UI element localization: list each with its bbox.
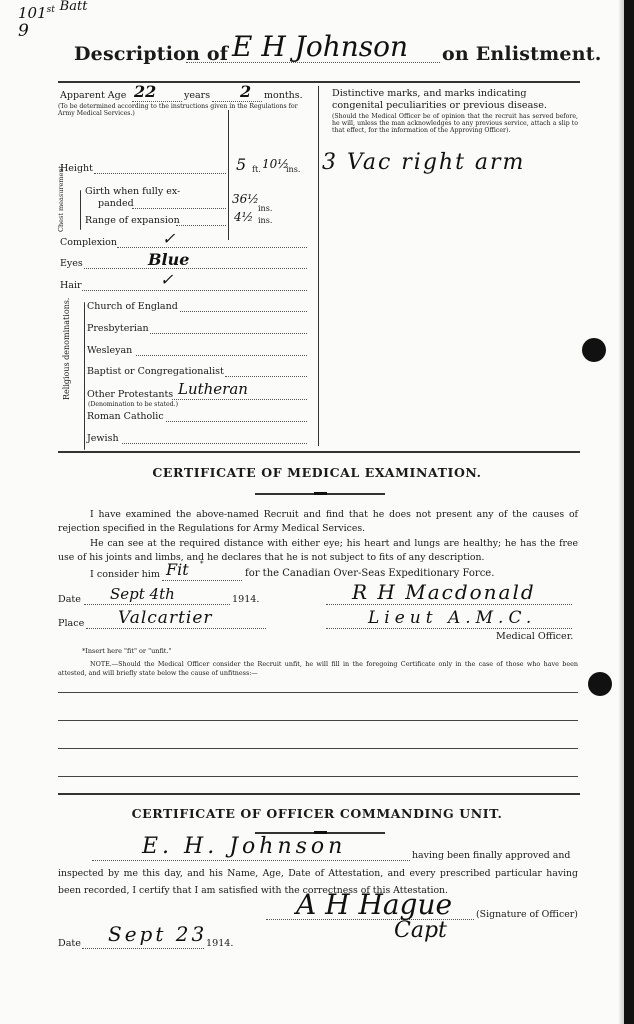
height-line [94,173,226,174]
title-ornament-rule [255,493,385,495]
insert-note: *Insert here "fit" or "unfit." [82,648,171,655]
height-inches-unit: ins. [286,165,300,174]
height-feet-value: 5 [236,155,246,174]
chest-girth-unit: ins. [258,204,272,213]
medical-date-value: Sept 4th [110,585,175,603]
title-suffix: on Enlistment. [442,43,602,65]
consider-line [162,580,242,581]
medical-certificate-title: CERTIFICATE OF MEDICAL EXAMINATION. [50,465,584,480]
column-divider [318,86,319,446]
measure-divider [228,110,229,240]
recruit-name-line [92,860,410,861]
height-feet-unit: ft. [252,165,261,174]
officer-rank: Lieut A.M.C. [368,608,536,628]
consider-marker: * [200,560,204,568]
religion-jewish: Jewish [87,433,119,444]
age-years-value: 22 [134,82,156,101]
chest-range-value: 4½ [234,210,253,224]
chest-girth-label-1: Girth when fully ex- [85,186,180,197]
religion-line [122,443,307,444]
religion-wesleyan: Wesleyan [87,345,132,356]
section-rule [58,451,580,453]
hair-line [82,290,307,291]
annotation-suffix: st [47,5,55,15]
religion-other-protestants: Other Protestants [87,389,173,400]
eyes-label: Eyes [60,258,83,269]
commanding-signature: A H Hague [296,888,452,921]
chest-girth-label-2: panded [98,198,134,209]
religion-other-value: Lutheran [178,380,248,398]
medical-place-label: Place [58,618,84,629]
religion-line [150,333,307,334]
age-months-label: months. [264,90,303,101]
chest-range-label: Range of expansion [85,215,180,226]
unfitness-line [58,748,578,749]
height-inches-value: 10½ [262,157,289,171]
commanding-date-line [82,948,204,949]
consider-value: Fit [166,560,189,579]
religion-group-label: Religious denominations. [62,300,72,400]
distinctive-marks-note: (Should the Medical Officer be of opinio… [332,113,578,134]
hair-label: Hair [60,280,82,291]
unfitness-line [58,692,578,693]
annotation-number: 101 [18,4,47,22]
religion-other-note: (Denomination to be stated.) [88,401,178,408]
commanding-date-value: Sept 23 [108,922,207,946]
distinctive-marks-value: 3 Vac right arm [322,150,525,175]
religion-baptist: Baptist or Congregationalist [87,366,224,377]
chest-group-label: Chest measurement. [58,192,65,232]
consider-suffix: for the Canadian Over-Seas Expeditionary… [245,568,494,579]
consider-prefix: I consider him [90,569,160,580]
annotation-number-2: 9 [18,21,29,41]
medical-para-1: I have examined the above-named Recruit … [58,508,578,536]
eyes-line [84,268,307,269]
punch-hole [588,672,612,696]
age-note: (To be determined according to the instr… [58,103,308,117]
medical-date-line [84,604,230,605]
chest-range-unit: ins. [258,216,272,225]
complexion-label: Complexion [60,237,117,248]
unfitness-line [58,720,578,721]
religion-church-of-england: Church of England [87,301,178,312]
religion-brace [84,302,85,450]
age-label: Apparent Age [60,90,126,101]
religion-line [136,355,307,356]
commanding-signature-rank: Capt [394,918,447,943]
distinctive-marks-heading: Distinctive marks, and marks indicating … [332,88,578,112]
chest-range-line [176,225,226,226]
chest-girth-value: 36½ [232,192,259,206]
officer-signature-line [326,604,572,605]
age-row: Apparent Age [60,90,126,101]
religion-line [180,311,307,312]
unfitness-line [58,776,578,777]
medical-officer-label: Medical Officer. [496,631,573,642]
margin-annotation: 101st Batt 9 [18,2,87,39]
complexion-line [117,247,307,248]
religion-line [172,399,307,400]
officer-signature: R H Macdonald [352,580,536,604]
commanding-date-label: Date [58,938,81,949]
age-months-line [212,101,262,102]
recruit-name: E H Johnson [232,30,408,63]
medical-place-value: Valcartier [118,608,213,628]
age-years-line [132,101,182,102]
commanding-certificate-title: CERTIFICATE OF OFFICER COMMANDING UNIT. [50,806,584,821]
punch-hole [582,338,606,362]
section-rule [58,793,580,795]
complexion-value: ✓ [162,229,175,248]
officer-rank-line [326,628,572,629]
religion-line [225,376,307,377]
medical-place-line [86,628,266,629]
religion-presbyterian: Presbyterian [87,323,149,334]
medical-date-label: Date [58,594,81,605]
chest-brace [80,190,81,230]
medical-para-2: He can see at the required distance with… [58,537,578,565]
annotation-unit: Batt [60,0,88,14]
commanding-line1-suffix: having been finally approved and [412,850,570,861]
age-years-label: years [184,90,210,101]
religion-line [166,421,307,422]
signature-of-officer-label: (Signature of Officer) [476,909,578,920]
age-months-value: 2 [240,82,251,101]
scan-edge [624,0,634,1024]
chest-girth-line [132,208,226,209]
hair-value: ✓ [160,270,173,289]
religion-roman-catholic: Roman Catholic [87,411,164,422]
medical-date-year: 1914. [232,594,259,605]
unfit-note: NOTE.—Should the Medical Officer conside… [58,660,578,678]
commanding-date-year: 1914. [206,938,233,949]
eyes-value: Blue [148,250,189,269]
commanding-recruit-name: E. H. Johnson [142,834,346,859]
